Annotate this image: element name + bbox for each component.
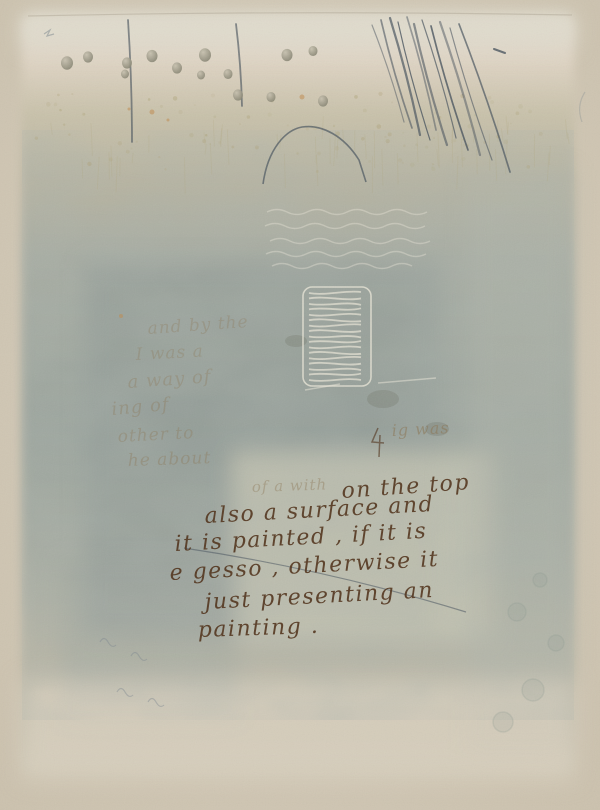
- grain-texture: [0, 0, 600, 810]
- painting-canvas: and by theI was aa way ofing ofother toh…: [0, 0, 600, 810]
- artwork-photo: and by theI was aa way ofing ofother toh…: [0, 0, 600, 810]
